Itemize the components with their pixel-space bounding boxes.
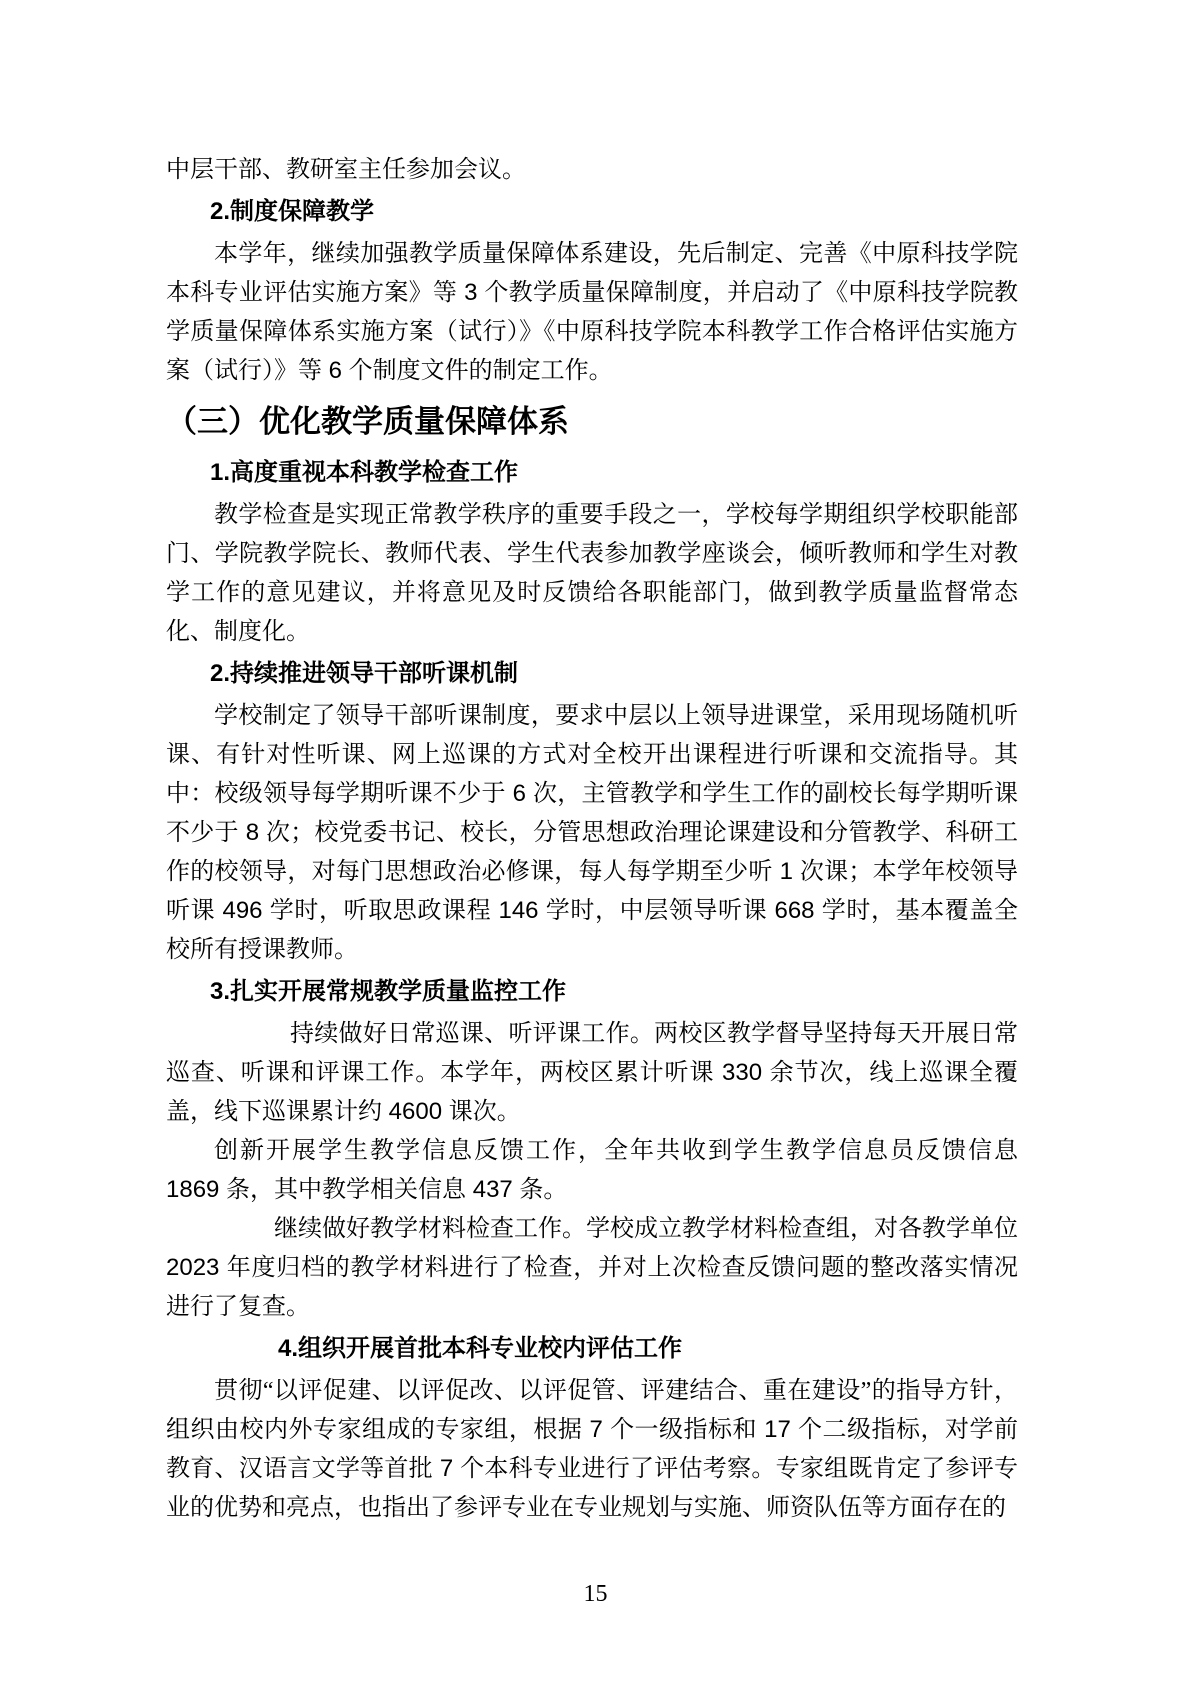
- paragraph: 学校制定了领导干部听课制度，要求中层以上领导进课堂，采用现场随机听课、有针对性听…: [166, 696, 1018, 969]
- document-page: 中层干部、教研室主任参加会议。 2.制度保障教学 本学年，继续加强教学质量保障体…: [0, 0, 1191, 1684]
- paragraph: 继续做好教学材料检查工作。学校成立教学材料检查组，对各教学单位 2023 年度归…: [166, 1209, 1018, 1326]
- sub-heading: 2.制度保障教学: [166, 192, 1018, 231]
- section-heading: （三）优化教学质量保障体系: [166, 401, 1018, 443]
- sub-heading: 2.持续推进领导干部听课机制: [166, 654, 1018, 693]
- sub-heading: 1.高度重视本科教学检查工作: [166, 453, 1018, 492]
- paragraph: 教学检查是实现正常教学秩序的重要手段之一，学校每学期组织学校职能部门、学院教学院…: [166, 495, 1018, 651]
- paragraph: 创新开展学生教学信息反馈工作，全年共收到学生教学信息员反馈信息 1869 条，其…: [166, 1131, 1018, 1209]
- paragraph: 贯彻“以评促建、以评促改、以评促管、评建结合、重在建设”的指导方针，组织由校内外…: [166, 1371, 1018, 1527]
- paragraph: 持续做好日常巡课、听评课工作。两校区教学督导坚持每天开展日常巡查、听课和评课工作…: [166, 1014, 1018, 1131]
- sub-heading: 3.扎实开展常规教学质量监控工作: [166, 972, 1018, 1011]
- page-number: 15: [0, 1578, 1191, 1611]
- sub-heading: 4.组织开展首批本科专业校内评估工作: [166, 1329, 1018, 1368]
- paragraph: 本学年，继续加强教学质量保障体系建设，先后制定、完善《中原科技学院本科专业评估实…: [166, 234, 1018, 390]
- paragraph: 中层干部、教研室主任参加会议。: [166, 150, 1018, 189]
